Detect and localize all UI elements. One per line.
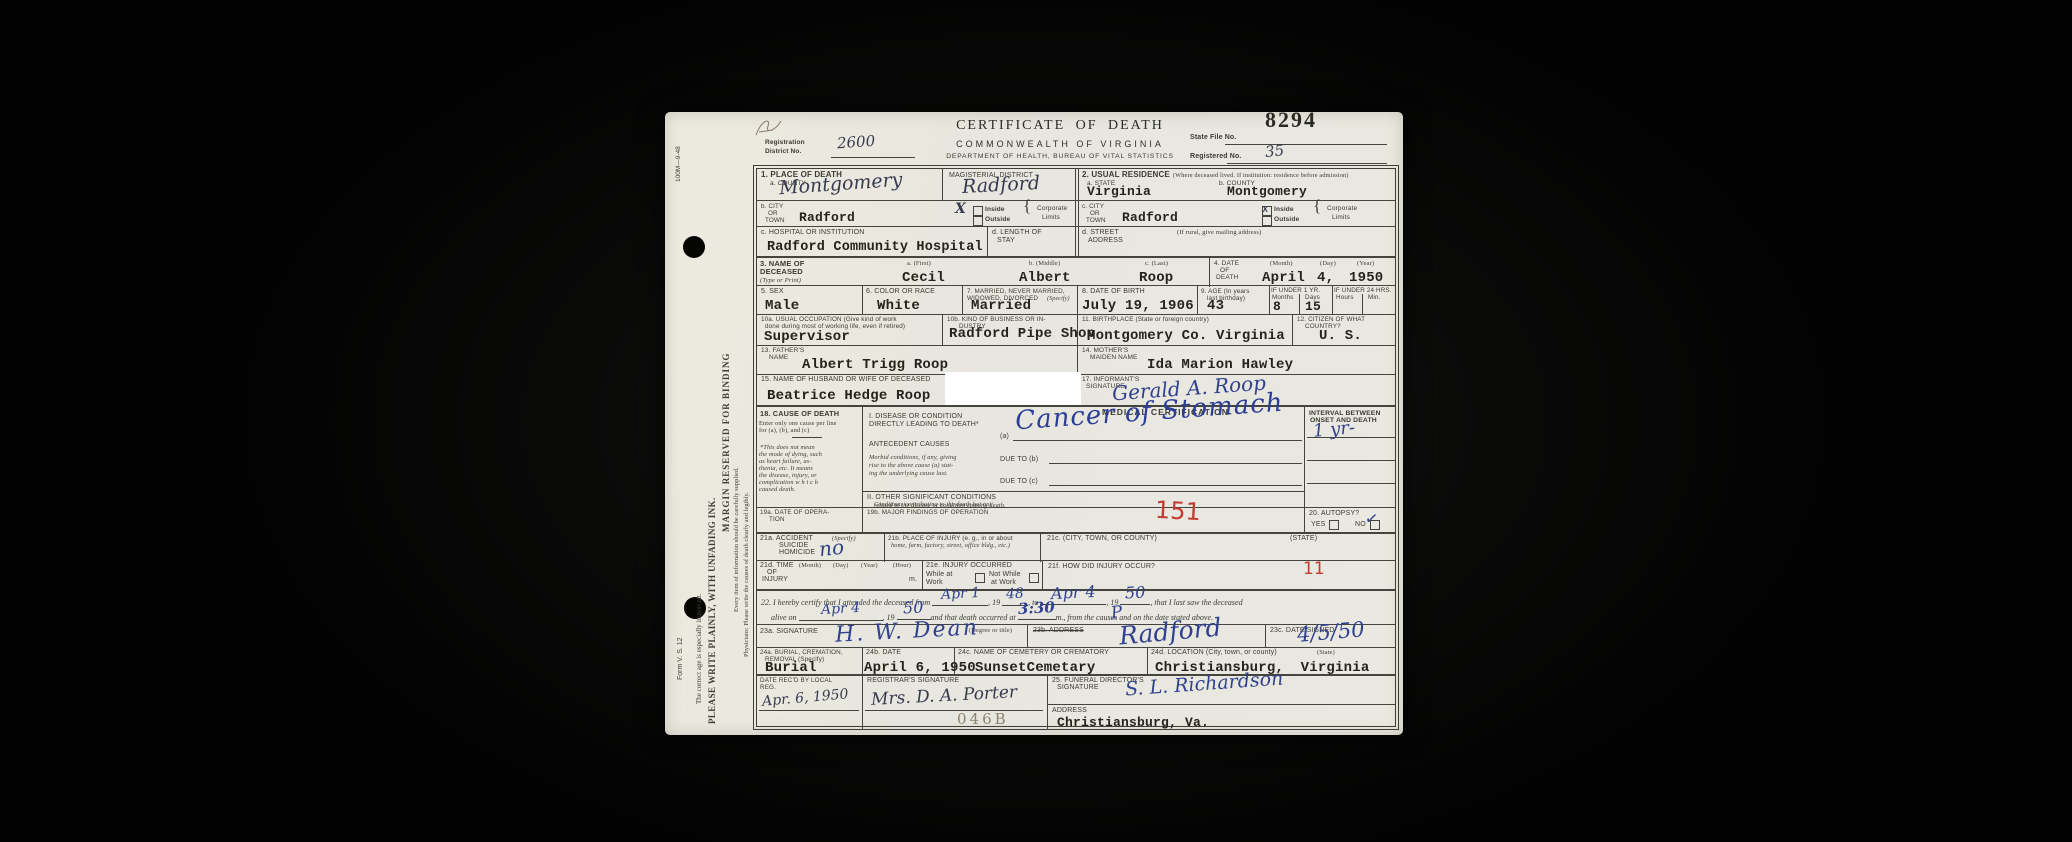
- photo-background: 100M—9-48 Form V. S. 12 The correct age …: [0, 0, 2072, 842]
- street-label-1: d. STREET: [1082, 229, 1119, 237]
- cause-note-7: the disease, injury, or: [759, 472, 817, 479]
- place-of-injury-label-1: 21b. PLACE OF INJURY (e. g., in or about: [888, 535, 1013, 542]
- dod-day-value: 4,: [1317, 270, 1334, 286]
- cause-note-6: thenia, etc. It means: [759, 465, 813, 472]
- citizen-value: U. S.: [1319, 328, 1362, 344]
- certify-alive: alive on: [771, 613, 797, 622]
- form-number: Form V. S. 12: [677, 637, 684, 680]
- res-limits-label: Limits: [1332, 214, 1350, 222]
- date-recd-label-1: DATE REC'D BY LOCAL: [760, 677, 832, 684]
- injury-city-label: 21c. (CITY, TOWN, OR COUNTY): [1047, 535, 1157, 543]
- red-pencil-11: 11: [1303, 559, 1325, 579]
- accident-value: no: [818, 535, 845, 561]
- injury-year-label: (Year): [861, 562, 878, 569]
- pod-brace: {: [1023, 202, 1031, 210]
- antecedent-label: ANTECEDENT CAUSES: [869, 441, 950, 449]
- res-state-value: Virginia: [1087, 184, 1151, 199]
- row-signature: 23a. SIGNATURE H. W. Dean (Degree or tit…: [757, 624, 1395, 648]
- dod-day-label: (Day): [1320, 260, 1336, 268]
- row-occupation: 10a. USUAL OCCUPATION (Give kind of work…: [757, 314, 1395, 346]
- disease-label-2: DIRECTLY LEADING TO DEATH*: [869, 421, 979, 429]
- date-recd-label-2: REG.: [760, 684, 776, 691]
- operation-date-label-1: 19a. DATE OF OPERA-: [760, 509, 830, 516]
- department-line: DEPARTMENT OF HEALTH, BUREAU OF VITAL ST…: [900, 153, 1220, 161]
- pod-corporate-label: Corporate: [1037, 205, 1067, 213]
- marital-specify: (Specify): [1047, 295, 1070, 303]
- certify-time-blank: 3:30: [1018, 610, 1056, 620]
- cause-note-3: *This does not mean: [760, 444, 815, 451]
- citizen-label-1: 12. CITIZEN OF WHAT: [1297, 316, 1365, 323]
- certify-y2-blank: 50: [1120, 595, 1150, 605]
- registration-label-1: Registration: [765, 139, 805, 147]
- father-value: Albert Trigg Roop: [802, 357, 948, 373]
- length-of-stay-label-2: STAY: [997, 237, 1015, 245]
- occupation-value: Supervisor: [764, 329, 850, 345]
- pod-city-value: Radford: [799, 210, 855, 225]
- name-section-3: (Type or Print): [760, 277, 801, 285]
- pod-outside-label: Outside: [985, 216, 1010, 224]
- row-operation: 19a. DATE OF OPERA- TION 19b. MAJOR FIND…: [757, 507, 1395, 533]
- sig-address-label: 23b. ADDRESS: [1033, 627, 1084, 635]
- res-inside-x: X: [1263, 206, 1269, 214]
- mother-label-2: MAIDEN NAME: [1090, 354, 1138, 362]
- how-injury-label: 21f. HOW DID INJURY OCCUR?: [1048, 563, 1155, 571]
- res-county-value: Montgomery: [1227, 184, 1307, 199]
- residence-section-note: (Where deceased lived. If institution: r…: [1173, 172, 1349, 180]
- dod-month-label: (Month): [1270, 260, 1293, 268]
- res-brace: {: [1313, 202, 1321, 210]
- not-while-label: Not While: [989, 571, 1021, 579]
- pod-inside-label: Inside: [985, 206, 1005, 214]
- pod-limits-label: Limits: [1042, 214, 1060, 222]
- hospital-value: Radford Community Hospital: [767, 240, 983, 255]
- fd-address-label: ADDRESS: [1052, 707, 1087, 715]
- name-section-2: DECEASED: [760, 268, 803, 276]
- first-name-value: Cecil: [902, 270, 945, 286]
- date-signed-value: 4/5/50: [1296, 617, 1365, 647]
- due-to-b-label: DUE TO (b): [1000, 456, 1038, 464]
- street-label-2: ADDRESS: [1088, 237, 1123, 245]
- funeral-director-label-2: SIGNATURE: [1057, 684, 1099, 692]
- cause-note-1: Enter only one cause per line: [759, 420, 837, 427]
- autopsy-no-check: ✓: [1364, 508, 1380, 529]
- cemetery-label: 24c. NAME OF CEMETERY OR CREMATORY: [958, 649, 1109, 657]
- hours-label: Hours: [1336, 294, 1354, 301]
- registration-district-value: 2600: [836, 132, 875, 153]
- birthplace-label: 11. BIRTHPLACE (State or foreign country…: [1082, 316, 1209, 323]
- injury-m-label: m.: [909, 576, 917, 584]
- res-outside-label: Outside: [1274, 216, 1299, 224]
- signature-label: 23a. SIGNATURE: [760, 628, 818, 636]
- days-value: 15: [1305, 299, 1321, 314]
- dob-label: 8. DATE OF BIRTH: [1082, 288, 1145, 296]
- dod-year-label: (Year): [1357, 260, 1374, 268]
- cause-note-5: as heart failure, as-: [759, 458, 812, 465]
- pod-city-label-3: TOWN: [765, 217, 785, 225]
- middle-name-value: Albert: [1019, 270, 1071, 286]
- registrar-sig-value: Mrs. D. A. Porter: [871, 682, 1018, 710]
- age-value: 43: [1207, 298, 1224, 314]
- autopsy-label: 20. AUTOPSY?: [1309, 510, 1359, 518]
- cause-note-2: for (a), (b), and (c): [759, 427, 809, 434]
- row-stats: 5. SEX Male 6. COLOR OR RACE White 7. MA…: [757, 285, 1395, 315]
- dod-label-3: DEATH: [1216, 274, 1238, 282]
- magisterial-district-value: Radford: [961, 172, 1040, 198]
- margin-binding: MARGIN RESERVED FOR BINDING: [721, 353, 731, 532]
- street-note: (If rural, give mailing address): [1177, 229, 1261, 237]
- registrar-sig-label: REGISTRAR'S SIGNATURE: [867, 677, 959, 685]
- certificate-title: CERTIFICATE OF DEATH: [900, 122, 1220, 130]
- injury-month-label: (Month): [799, 562, 821, 569]
- dod-month-value: April: [1262, 270, 1305, 286]
- registration-label-2: District No.: [765, 148, 801, 156]
- res-city-label-3: TOWN: [1086, 217, 1106, 225]
- injury-state-label: (STATE): [1290, 535, 1317, 543]
- under-1yr-label: IF UNDER 1 YR.: [1271, 287, 1320, 294]
- spouse-label: 15. NAME OF HUSBAND OR WIFE OF DECEASED: [761, 376, 931, 384]
- punch-hole-top: [683, 236, 705, 258]
- registered-value: 35: [1264, 141, 1285, 161]
- burial-date-label: 24b. DATE: [866, 649, 901, 657]
- sex-label: 5. SEX: [761, 288, 784, 296]
- margin-plainly: PLEASE WRITE PLAINLY, WITH UNFADING INK.: [707, 497, 717, 724]
- red-pencil-151: 151: [1154, 496, 1201, 526]
- birthplace-value: Montgomery Co. Virginia: [1087, 328, 1285, 344]
- row-name: 3. NAME OF DECEASED (Type or Print) a. (…: [757, 256, 1395, 287]
- redaction-box: [945, 372, 1081, 405]
- father-label-2: NAME: [769, 354, 788, 362]
- certify-from-blank: Apr 1: [932, 596, 988, 606]
- work-label: Work: [926, 579, 943, 587]
- burial-type-label-1: 24a. BURIAL, CREMATION,: [760, 649, 843, 656]
- morbid-3: ing the underlying cause last.: [869, 470, 948, 477]
- occupation-label-1: 10a. USUAL OCCUPATION (Give kind of work: [761, 316, 897, 323]
- race-value: White: [877, 298, 920, 314]
- due-to-c-label: DUE TO (c): [1000, 478, 1038, 486]
- certify-alive-blank: Apr 4: [799, 611, 883, 621]
- row-city: b. CITY OR TOWN Radford X Inside Outside…: [757, 200, 1395, 227]
- while-at-label: While at: [926, 571, 953, 579]
- cause-note-8: complication w h i c h: [759, 479, 818, 486]
- pencil-doodle: [753, 116, 787, 140]
- state-file-value: 8294: [1265, 116, 1317, 124]
- injury-occurred-label: 21e. INJURY OCCURRED: [926, 562, 1012, 570]
- row-parents: 13. FATHER'S NAME Albert Trigg Roop 14. …: [757, 345, 1395, 375]
- certify-y1: , 19: [988, 598, 1000, 607]
- form-code: 100M—9-48: [675, 146, 682, 182]
- row-medical: 18. CAUSE OF DEATH Enter only one cause …: [757, 405, 1395, 509]
- cause-a-label: (a): [1000, 433, 1009, 441]
- place-of-injury-label-2: home, farm, factory, street, office bldg…: [891, 542, 1010, 549]
- operation-date-label-2: TION: [769, 516, 785, 523]
- res-corporate-label: Corporate: [1327, 205, 1357, 213]
- length-of-stay-label-1: d. LENGTH OF: [992, 229, 1042, 237]
- row-burial: 24a. BURIAL, CREMATION, REMOVAL (Specify…: [757, 647, 1395, 675]
- middle-name-label: b. (Middle): [1029, 260, 1060, 268]
- findings-label: 19b. MAJOR FINDINGS OF OPERATION: [867, 509, 989, 516]
- interval-value: 1 yr-: [1312, 417, 1356, 442]
- pod-inside-x: X: [955, 201, 966, 217]
- first-name-label: a. (First): [907, 260, 931, 268]
- disease-label-1: I. DISEASE OR CONDITION: [869, 413, 962, 421]
- injury-hour-label: (Hour): [893, 562, 911, 569]
- registered-label: Registered No.: [1190, 153, 1242, 161]
- dob-value: July 19, 1906: [1082, 298, 1194, 314]
- row-injury-abc: 21a. ACCIDENT SUICIDE HOMICIDE (Specify)…: [757, 532, 1395, 562]
- months-value: 8: [1273, 299, 1281, 314]
- business-label-1: 10b. KIND OF BUSINESS OR IN-: [947, 316, 1046, 323]
- certificate-paper: 100M—9-48 Form V. S. 12 The correct age …: [665, 112, 1403, 735]
- accident-label-3: HOMICIDE: [779, 549, 815, 557]
- form-border: 151 11 P 1. PLACE OF DEATH a. COUNTY Mon…: [753, 165, 1399, 730]
- marital-value: Married: [971, 298, 1031, 314]
- morbid-2: rise to the above cause (a) stat-: [869, 462, 953, 469]
- location-label: 24d. LOCATION (City, town, or county): [1151, 649, 1277, 657]
- min-label: Min.: [1368, 294, 1381, 301]
- last-name-value: Roop: [1139, 270, 1173, 286]
- business-value: Radford Pipe Shop: [949, 326, 1095, 342]
- dod-year-value: 1950: [1349, 270, 1383, 286]
- location-state-label: (State): [1317, 649, 1335, 656]
- margin-age-note: The correct age is especially important.: [695, 594, 703, 704]
- under-24hrs-label: IF UNDER 24 HRS.: [1334, 287, 1392, 294]
- sex-value: Male: [765, 298, 799, 314]
- state-file-label: State File No.: [1190, 134, 1236, 142]
- morbid-1: Morbid conditions, if any, giving: [869, 454, 957, 461]
- row-certify: 22. I hereby certify that I attended the…: [757, 589, 1395, 626]
- row-place-residence: 1. PLACE OF DEATH a. COUNTY Montgomery M…: [757, 169, 1395, 200]
- cause-note-4: the mode of dying, such: [759, 451, 822, 458]
- row-hospital-street: c. HOSPITAL OR INSTITUTION Radford Commu…: [757, 226, 1395, 257]
- time-of-injury-label-3: INJURY: [762, 576, 788, 584]
- res-city-value: Radford: [1122, 210, 1178, 225]
- mother-value: Ida Marion Hawley: [1147, 357, 1293, 373]
- residence-section: 2. USUAL RESIDENCE: [1082, 171, 1170, 179]
- cause-of-death-label: 18. CAUSE OF DEATH: [760, 410, 839, 418]
- injury-day-label: (Day): [833, 562, 848, 569]
- res-inside-label: Inside: [1274, 206, 1294, 214]
- pencil-code: 046B: [957, 710, 1009, 728]
- margin-physicians: Physicians: Please write the causes of d…: [743, 492, 750, 657]
- commonwealth-subtitle: COMMONWEALTH OF VIRGINIA: [900, 140, 1220, 148]
- autopsy-yes-label: YES: [1311, 521, 1325, 529]
- margin-supplied: Every item of information should be care…: [733, 467, 740, 612]
- certify-tail: , that I last saw the deceased: [1150, 598, 1242, 607]
- hospital-label: c. HOSPITAL OR INSTITUTION: [761, 229, 864, 237]
- race-label: 6. COLOR OR RACE: [866, 288, 935, 296]
- fd-address-value: Christiansburg, Va.: [1057, 715, 1209, 730]
- cause-note-9: caused death.: [759, 486, 796, 493]
- spouse-value: Beatrice Hedge Roop: [767, 388, 930, 404]
- row-registrar: DATE REC'D BY LOCAL REG. Apr. 6, 1950 RE…: [757, 674, 1395, 730]
- last-name-label: c. (Last): [1145, 260, 1168, 268]
